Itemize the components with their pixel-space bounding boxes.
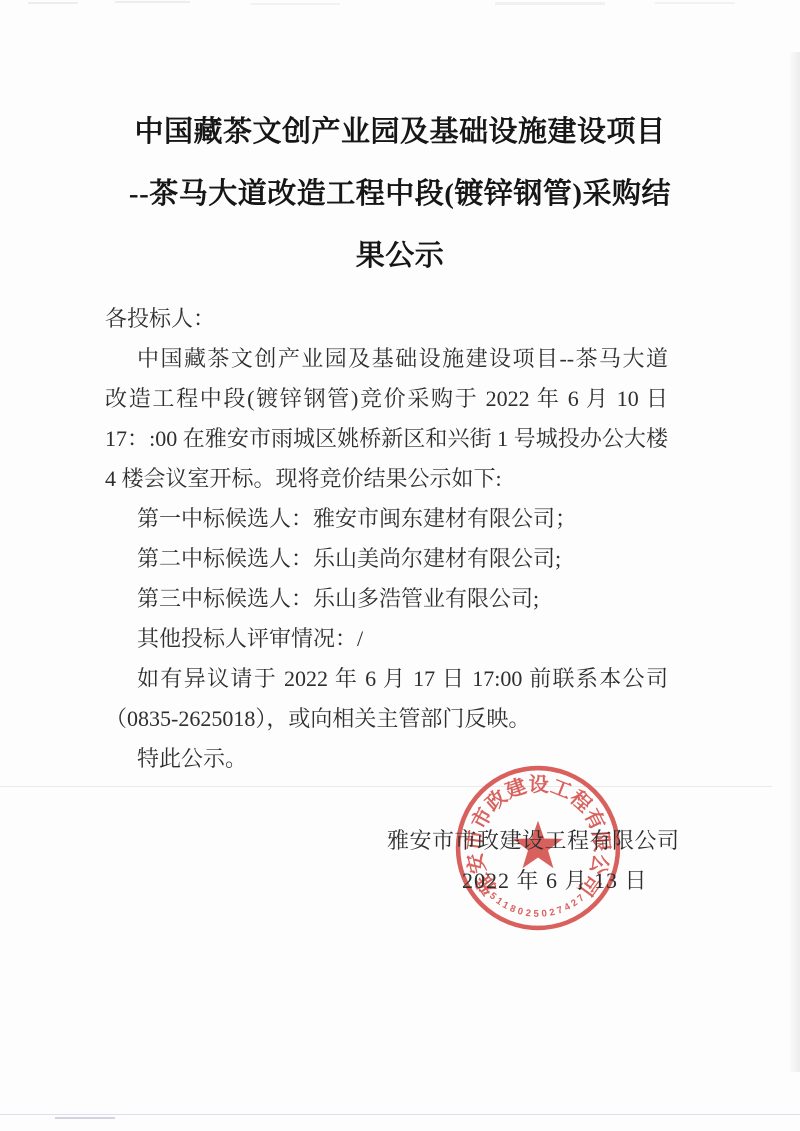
scan-smudge	[115, 1, 190, 3]
body-line-location: 17：:00 在雅安市雨城区姚桥新区和兴街 1 号城投办公大楼	[105, 419, 668, 459]
scan-smudge	[250, 3, 340, 5]
signature-block: 雅安市市政建设工程有限公司 2022 年 6 月 13 日	[0, 821, 800, 901]
scan-smudge	[655, 2, 735, 4]
title-line-3: 果公示	[0, 225, 800, 287]
body-line-salutation: 各投标人：	[105, 299, 668, 339]
body-line-third-candidate: 第三中标候选人：乐山多浩管业有限公司;	[105, 579, 668, 619]
scan-right-edge-shadow	[790, 52, 800, 1072]
document-title: 中国藏茶文创产业园及基础设施建设项目 --茶马大道改造工程中段(镀锌钢管)采购结…	[0, 101, 800, 287]
body-line-second-candidate: 第二中标候选人：乐山美尚尔建材有限公司;	[105, 539, 668, 579]
signature-date: 2022 年 6 月 13 日	[462, 861, 800, 901]
body-line-phone: （0835-2625018），或向相关主管部门反映。	[105, 699, 668, 739]
scan-fold-line	[0, 786, 772, 787]
scan-bottom-edge-line	[0, 1114, 800, 1115]
scan-bottom-edge-mark	[55, 1117, 115, 1119]
scan-smudge	[495, 2, 605, 5]
title-line-1: 中国藏茶文创产业园及基础设施建设项目	[0, 101, 800, 163]
body-line-first-candidate: 第一中标候选人：雅安市闽东建材有限公司；	[105, 499, 668, 539]
scan-smudge	[28, 2, 78, 4]
body-line-procurement-date: 改造工程中段(镀锌钢管)竞价采购于 2022 年 6 月 10 日	[105, 379, 668, 419]
title-line-2: --茶马大道改造工程中段(镀锌钢管)采购结	[0, 163, 800, 225]
body-line-result-intro: 4 楼会议室开标。现将竞价结果公示如下:	[105, 459, 668, 499]
document-body: 各投标人： 中国藏茶文创产业园及基础设施建设项目--茶马大道 改造工程中段(镀锌…	[105, 299, 668, 779]
body-line-project: 中国藏茶文创产业园及基础设施建设项目--茶马大道	[105, 339, 668, 379]
body-line-other-bidders: 其他投标人评审情况：/	[105, 619, 668, 659]
body-line-objection: 如有异议请于 2022 年 6 月 17 日 17:00 前联系本公司	[105, 659, 668, 699]
scanned-document-page: 中国藏茶文创产业园及基础设施建设项目 --茶马大道改造工程中段(镀锌钢管)采购结…	[0, 0, 800, 1131]
signature-company: 雅安市市政建设工程有限公司	[387, 821, 800, 861]
